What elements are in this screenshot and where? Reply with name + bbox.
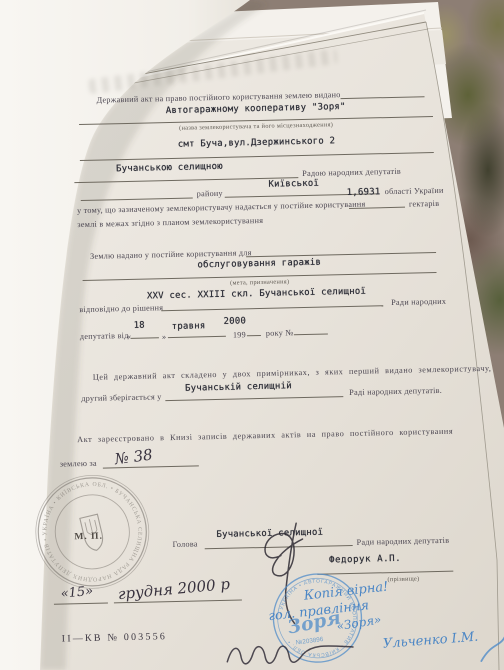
area-value-typed: 1,6931 bbox=[347, 188, 381, 199]
head-tail: Ради народних депутатів bbox=[357, 536, 450, 548]
address-typed: смт Буча,вул.Дзержинського 2 bbox=[79, 135, 433, 153]
year-typed: 2000 bbox=[223, 317, 246, 327]
blank-line bbox=[74, 177, 298, 183]
day-typed: 18 bbox=[134, 322, 145, 332]
blank-line bbox=[168, 336, 226, 338]
extra-signature bbox=[223, 631, 360, 670]
copies-sentence: Цей державний акт складено у двох примір… bbox=[93, 364, 492, 382]
quote-open: « bbox=[127, 332, 132, 342]
blank-line bbox=[131, 337, 159, 339]
seal-place-label: М. П. bbox=[74, 532, 103, 544]
blank-line bbox=[80, 152, 434, 161]
region-label: області України bbox=[385, 186, 444, 197]
blank-line bbox=[161, 305, 383, 311]
decision-tail: Ради народних bbox=[391, 297, 446, 308]
second-tail: Раді народних депутатів. bbox=[349, 386, 442, 398]
photo-of-state-act-document: Державний акт на право постійного корист… bbox=[0, 0, 504, 670]
second-holder-typed: Бучанській селищній bbox=[185, 382, 292, 394]
document-content: Державний акт на право постійного корист… bbox=[0, 0, 504, 670]
head-name-typed: Федорук А.П. bbox=[329, 555, 401, 567]
blank-line bbox=[349, 207, 405, 209]
date-day-handwritten: «15» bbox=[60, 584, 94, 602]
council-label: Радою народних депутатів bbox=[302, 167, 401, 179]
decision-typed: XXV сес. XXIII скл. Бучанської селищної bbox=[147, 288, 366, 303]
council-typed: Бучанською селищною bbox=[116, 163, 223, 175]
year-prefix: 199 bbox=[233, 330, 246, 340]
area-sentence: у тому, що зазначеному землекористувачу … bbox=[77, 200, 366, 216]
district-label: району bbox=[197, 189, 223, 199]
grantee-caption: (назва землекористувача та його місцезна… bbox=[79, 119, 433, 134]
blank-line bbox=[247, 335, 261, 336]
deputies-label: депутатів від bbox=[80, 331, 129, 342]
quote-close: » bbox=[162, 332, 167, 342]
blank-line bbox=[165, 396, 343, 401]
head-label: Голова bbox=[173, 539, 198, 549]
blank-line bbox=[294, 333, 328, 335]
area-sentence2: землі в межах згідно з планом землекорис… bbox=[77, 216, 263, 230]
decision-label: відповідно до рішення bbox=[79, 303, 163, 314]
second-label: другий зберігається у bbox=[81, 392, 162, 403]
purpose-caption: (мета, призначення) bbox=[83, 275, 437, 290]
blank-line bbox=[54, 603, 108, 605]
copy-note-signature: Ульченко І.М. bbox=[382, 630, 478, 652]
blue-flourish bbox=[477, 630, 504, 665]
blank-line bbox=[341, 96, 425, 99]
area-units: гектарів bbox=[409, 199, 440, 209]
region-typed: Київської bbox=[268, 180, 319, 191]
form-serial: ІІ—КВ № 003556 bbox=[62, 631, 168, 644]
register-sentence: Акт зареєстровано в Книзі записів держав… bbox=[77, 427, 453, 445]
blank-line bbox=[81, 197, 193, 201]
roku-label: року № bbox=[266, 328, 294, 338]
month-typed: травня bbox=[172, 322, 206, 333]
